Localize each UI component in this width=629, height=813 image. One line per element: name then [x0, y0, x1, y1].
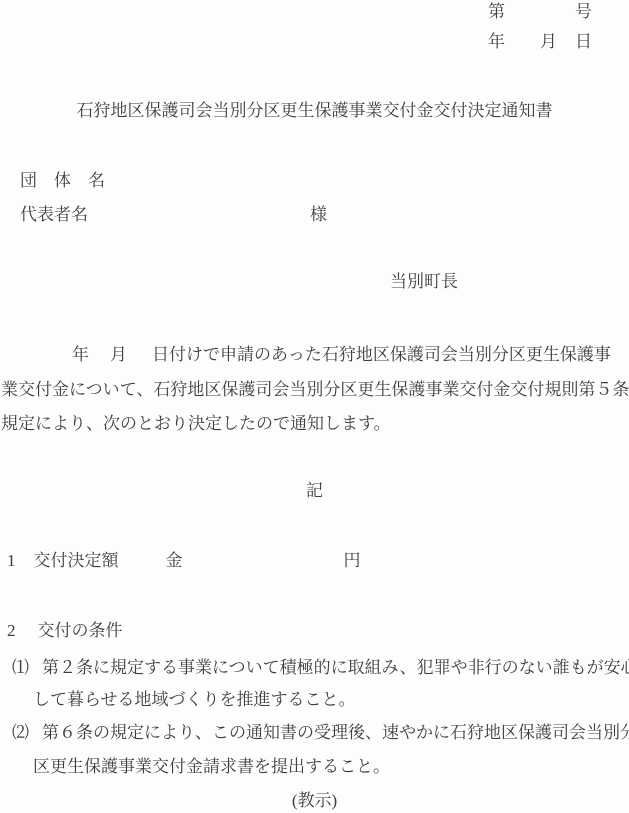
item2-number: 2 [7, 621, 16, 640]
sender-mayor-title: 当別町長 [390, 272, 458, 292]
doc-number-prefix: 第 [488, 2, 505, 21]
body-line-2: 業交付金について、石狩地区保護司会当別分区更生保護事業交付金交付規則第５条の [1, 380, 629, 400]
amount-suffix-yen: 円 [344, 551, 361, 570]
date-month-label: 月 [540, 32, 557, 51]
grant-decision-notice-document: 第号 年月日 石狩地区保護司会当別分区更生保護事業交付金交付決定通知書 団 体 … [0, 0, 629, 813]
representative-name-line: 代表者名様 [20, 205, 620, 225]
date-day-label: 日 [575, 32, 592, 51]
grant-conditions-label: 交付の条件 [38, 621, 123, 640]
amount-prefix-kin: 金 [166, 551, 183, 570]
document-title: 石狩地区保護司会当別分区更生保護事業交付金交付決定通知書 [0, 101, 629, 121]
date-year-label: 年 [488, 32, 505, 51]
condition-2-line-2: 区更生保護事業交付金請求書を提出すること。 [33, 757, 390, 777]
amount-blank [183, 565, 344, 566]
condition-1-line-1: ⑴第２条に規定する事業について積極的に取組み、犯罪や非行のない誰もが安心 [0, 658, 629, 678]
date-year-blank [505, 46, 540, 47]
item1-number: 1 [7, 551, 16, 570]
condition-1-line-2: して暮らせる地域づくりを推進すること。 [33, 690, 356, 710]
body-line-1-text: 日付けで申請のあった石狩地区保護司会当別分区更生保護事 [152, 345, 611, 364]
condition-2-text-1: 第６条の規定により、この通知書の受理後、速やかに石狩地区保護司会当別分 [42, 723, 629, 742]
body-month-blank [127, 359, 152, 360]
body-line-1: 年月日付けで申請のあった石狩地区保護司会当別分区更生保護事 [72, 345, 611, 365]
body-year-blank [89, 359, 110, 360]
representative-name-label: 代表者名 [20, 205, 88, 224]
honorific-sama: 様 [310, 205, 327, 225]
item2-gap [16, 635, 38, 636]
condition-1-text-1: 第２条に規定する事業について積極的に取組み、犯罪や非行のない誰もが安心 [42, 658, 629, 677]
grant-decision-amount-label: 交付決定額 [34, 551, 119, 570]
ki-separator-label: 記 [0, 481, 629, 501]
date-month-blank [557, 46, 575, 47]
grant-decision-amount-line: 1交付決定額金円 [7, 551, 361, 571]
kyoji-footer-note: (教示) [0, 791, 629, 811]
body-line-3: 規定により、次のとおり決定したので通知します。 [1, 414, 391, 434]
body-date-year: 年 [72, 345, 89, 364]
doc-number-suffix: 号 [575, 2, 592, 21]
amount-gap [119, 565, 166, 566]
condition-2-marker: ⑵ [12, 723, 29, 743]
grant-conditions-heading: 2交付の条件 [7, 621, 123, 641]
doc-number-line: 第号 [488, 2, 592, 22]
doc-date-line: 年月日 [488, 32, 592, 52]
organization-name-label: 団 体 名 [20, 171, 105, 191]
condition-1-marker: ⑴ [12, 658, 29, 678]
item1-gap [16, 565, 34, 566]
body-date-month: 月 [110, 345, 127, 364]
doc-number-blank [505, 16, 575, 17]
condition-2-line-1: ⑵第６条の規定により、この通知書の受理後、速やかに石狩地区保護司会当別分 [0, 723, 629, 743]
